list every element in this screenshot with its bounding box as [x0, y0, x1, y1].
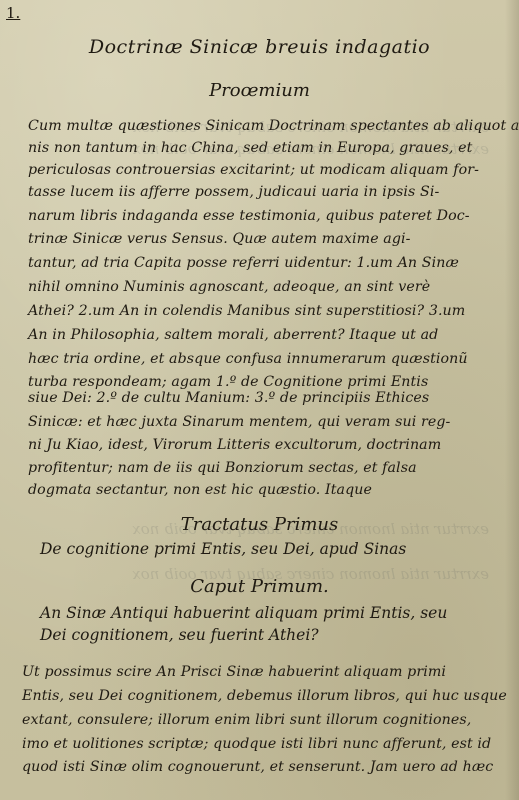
text-line: hæc tria ordine, et absque confusa innum… — [28, 351, 468, 367]
tractatus-heading: Tractatus Primus — [0, 514, 519, 535]
text-line: Dei cognitionem, seu fuerint Athei? — [40, 626, 499, 644]
text-line: Sinicæ: et hæc juxta Sinarum mentem, qui… — [28, 414, 450, 430]
text-line: periculosas controuersias excitarint; ut… — [28, 162, 479, 178]
text-line: dogmata sectantur, non est hic quæstio. … — [28, 482, 372, 498]
text-line: profitentur; nam de iis qui Bonziorum se… — [28, 460, 417, 476]
text-line: An in Philosophia, saltem morali, aberre… — [28, 327, 438, 343]
text-line: siue Dei: 2.º de cultu Manium: 3.º de pr… — [28, 390, 429, 406]
prooemium-heading: Proœmium — [0, 80, 519, 101]
text-line: turba respondeam; agam 1.º de Cognitione… — [28, 374, 428, 390]
folio-number: 1. — [6, 4, 20, 22]
tractatus-subtitle: De cognitione primi Entis, seu Dei, apud… — [40, 540, 499, 558]
text-line: Athei? 2.um An in colendis Manibus sint … — [28, 303, 465, 319]
text-line: nis non tantum in hac China, sed etiam i… — [28, 140, 472, 156]
text-line: Entis, seu Dei cognitionem, debemus illo… — [22, 688, 507, 704]
text-line: narum libris indaganda esse testimonia, … — [28, 208, 470, 224]
text-line: imo et uolitiones scriptæ; quodque isti … — [22, 736, 491, 752]
text-line: ni Ju Kiao, idest, Virorum Litteris excu… — [28, 437, 441, 453]
text-line: nihil omnino Numinis agnoscant, adeoque,… — [28, 279, 430, 295]
text-line: Ut possimus scire An Prisci Sinæ habueri… — [22, 664, 446, 680]
text-line: tantur, ad tria Capita posse referri uid… — [28, 255, 459, 271]
manuscript-title: Doctrinæ Sinicæ breuis indagatio — [0, 36, 519, 58]
text-line: Cum multæ quæstiones Sinicam Doctrinam s… — [28, 118, 519, 134]
page-edge-shadow — [505, 0, 519, 800]
text-line: trinæ Sinicæ verus Sensus. Quæ autem max… — [28, 231, 411, 247]
text-line: extant, consulere; illorum enim libri su… — [22, 712, 471, 728]
manuscript-page: exrrtur ntia lnomon cinerc sabuq tvar oo… — [0, 0, 519, 800]
text-line: tasse lucem iis afferre possem, judicaui… — [28, 184, 439, 200]
text-line: quod isti Sinæ olim cognouerunt, et sens… — [22, 759, 493, 775]
text-line: An Sinæ Antiqui habuerint aliquam primi … — [40, 604, 499, 622]
caput-heading: Caput Primum. — [0, 576, 519, 597]
